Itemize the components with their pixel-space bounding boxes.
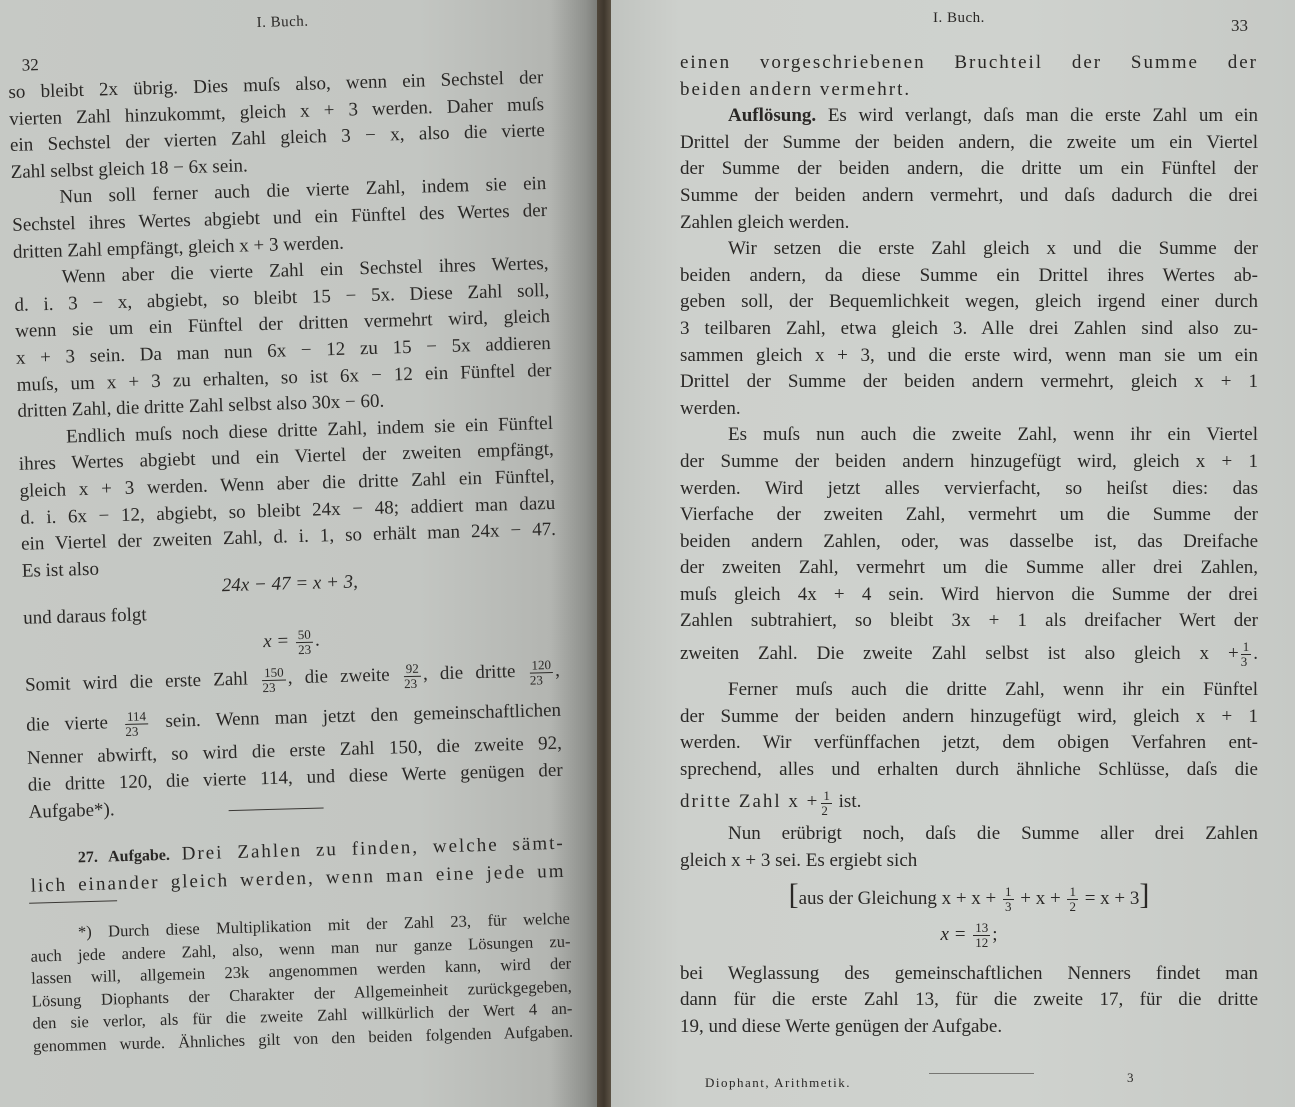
footer-signature-mark: 3: [1127, 1070, 1135, 1086]
footer-book-title: Diophant, Arithmetik.: [705, 1075, 851, 1091]
equation-x-13-12: x = 1312;: [680, 915, 1258, 955]
book-gutter: [597, 0, 611, 1107]
bracket-equation: [aus der Gleichung x + x + 13 + x + 12 =…: [680, 875, 1258, 915]
text-line: geben soll, der Bequemlichkeit wegen, gl…: [680, 289, 1258, 316]
text-line: Es muſs nun auch die zweite Zahl, wenn i…: [680, 422, 1258, 449]
aufgabe-27: 27. Aufgabe. Drei Zahlen zu finden, welc…: [30, 831, 566, 900]
text-line: Wir setzen die erste Zahl gleich x und d…: [680, 236, 1258, 263]
text-line: Ferner muſs auch die dritte Zahl, wenn i…: [680, 677, 1258, 704]
text-line: bei Weglassung des gemeinschaftlichen Ne…: [680, 961, 1258, 988]
text-line: beiden andern vermehrt.: [680, 77, 1258, 104]
text-line: sprechend, alles und erhalten durch ähnl…: [680, 757, 1258, 784]
running-head-left: I. Buch.: [256, 14, 308, 32]
right-body-text: einen vorgeschriebenen Bruchteil der Sum…: [680, 50, 1258, 1040]
page-number-left: 32: [21, 55, 39, 75]
zweite-zahl-line: zweiten Zahl. Die zweite Zahl selbst ist…: [680, 635, 1258, 673]
left-page-content: I. Buch. 32 so bleibt 2x übrig. Dies muſ…: [0, 0, 584, 9]
aufloesung-line: Auflösung. Es wird verlangt, daſs man di…: [680, 103, 1258, 130]
running-head-right: I. Buch.: [933, 10, 985, 27]
text-line: 3 teilbaren Zahl, etwa gleich 3. Alle dr…: [680, 316, 1258, 343]
text-line: muſs gleich 4x + 4 sein. Wird hiervon di…: [680, 582, 1258, 609]
fraction: 13: [1003, 885, 1014, 914]
text-line: Drittel der Summe der beiden andern verm…: [680, 369, 1258, 396]
left-body-text: so bleibt 2x übrig. Dies muſs also, wenn…: [8, 65, 564, 826]
text-line: Zahlen gleich werden.: [680, 210, 1258, 237]
text-line: der zweiten Zahl, vermehrt um die Summe …: [680, 555, 1258, 582]
fraction: 13: [1241, 640, 1252, 669]
text-line: Vierfache der zweiten Zahl, vermehrt um …: [680, 502, 1258, 529]
fraction: 12023: [529, 658, 553, 688]
text-line: werden.: [680, 396, 1258, 423]
fraction: 11423: [125, 709, 149, 739]
text-line: 19, und diese Werte genügen der Aufgabe.: [680, 1014, 1258, 1041]
text-line: werden. Wir verfünffachen jetzt, dem obi…: [680, 730, 1258, 757]
fraction: 12: [821, 789, 832, 818]
text-line: der Summe der beiden andern, die dritte …: [680, 156, 1258, 183]
text-line: gleich x + 3 sei. Es ergiebt sich: [680, 848, 1258, 875]
text-line: werden. Wird jetzt alles vervierfacht, s…: [680, 476, 1258, 503]
text-line: einen vorgeschriebenen Bruchteil der Sum…: [680, 50, 1258, 77]
footnote-rule: [29, 900, 117, 903]
text-line: Zahlen subtrahiert, so bleibt 3x + 1 als…: [680, 608, 1258, 635]
left-page: I. Buch. 32 so bleibt 2x übrig. Dies muſ…: [0, 0, 598, 1107]
fraction: 5023: [296, 627, 314, 656]
text-line: Nun erübrigt noch, daſs die Summe aller …: [680, 821, 1258, 848]
fraction: 15023: [262, 665, 286, 695]
text-line: beiden andern Zahlen, oder, was dasselbe…: [680, 529, 1258, 556]
text-line: beiden andern, da diese Summe ein Dritte…: [680, 263, 1258, 290]
footnote: *) Durch diese Multiplikation mit der Za…: [30, 908, 574, 1059]
fraction: 1312: [973, 921, 990, 950]
fraction: 9223: [404, 661, 422, 690]
text-line: der Summe der beiden andern hinzugefügt …: [680, 449, 1258, 476]
text-line: sammen gleich x + 3, und die erste wird,…: [680, 343, 1258, 370]
text-line: dann für die erste Zahl 13, für die zwei…: [680, 987, 1258, 1014]
text-line: Summe der beiden andern vermehrt, und da…: [680, 183, 1258, 210]
footer-rule: [929, 1073, 1034, 1074]
text-line: Drittel der Summe der beiden andern, die…: [680, 130, 1258, 157]
dritte-zahl-line: dritte Zahl x +12 ist.: [680, 783, 1258, 821]
page-number-right: 33: [1231, 16, 1248, 36]
right-page: I. Buch. 33 einen vorgeschriebenen Bruch…: [611, 0, 1295, 1107]
aufloesung-label: Auflösung.: [728, 105, 816, 126]
aufgabe-label: 27. Aufgabe.: [78, 847, 170, 867]
text-line: der Summe der beiden andern hinzugefügt …: [680, 704, 1258, 731]
fraction: 12: [1067, 885, 1078, 914]
